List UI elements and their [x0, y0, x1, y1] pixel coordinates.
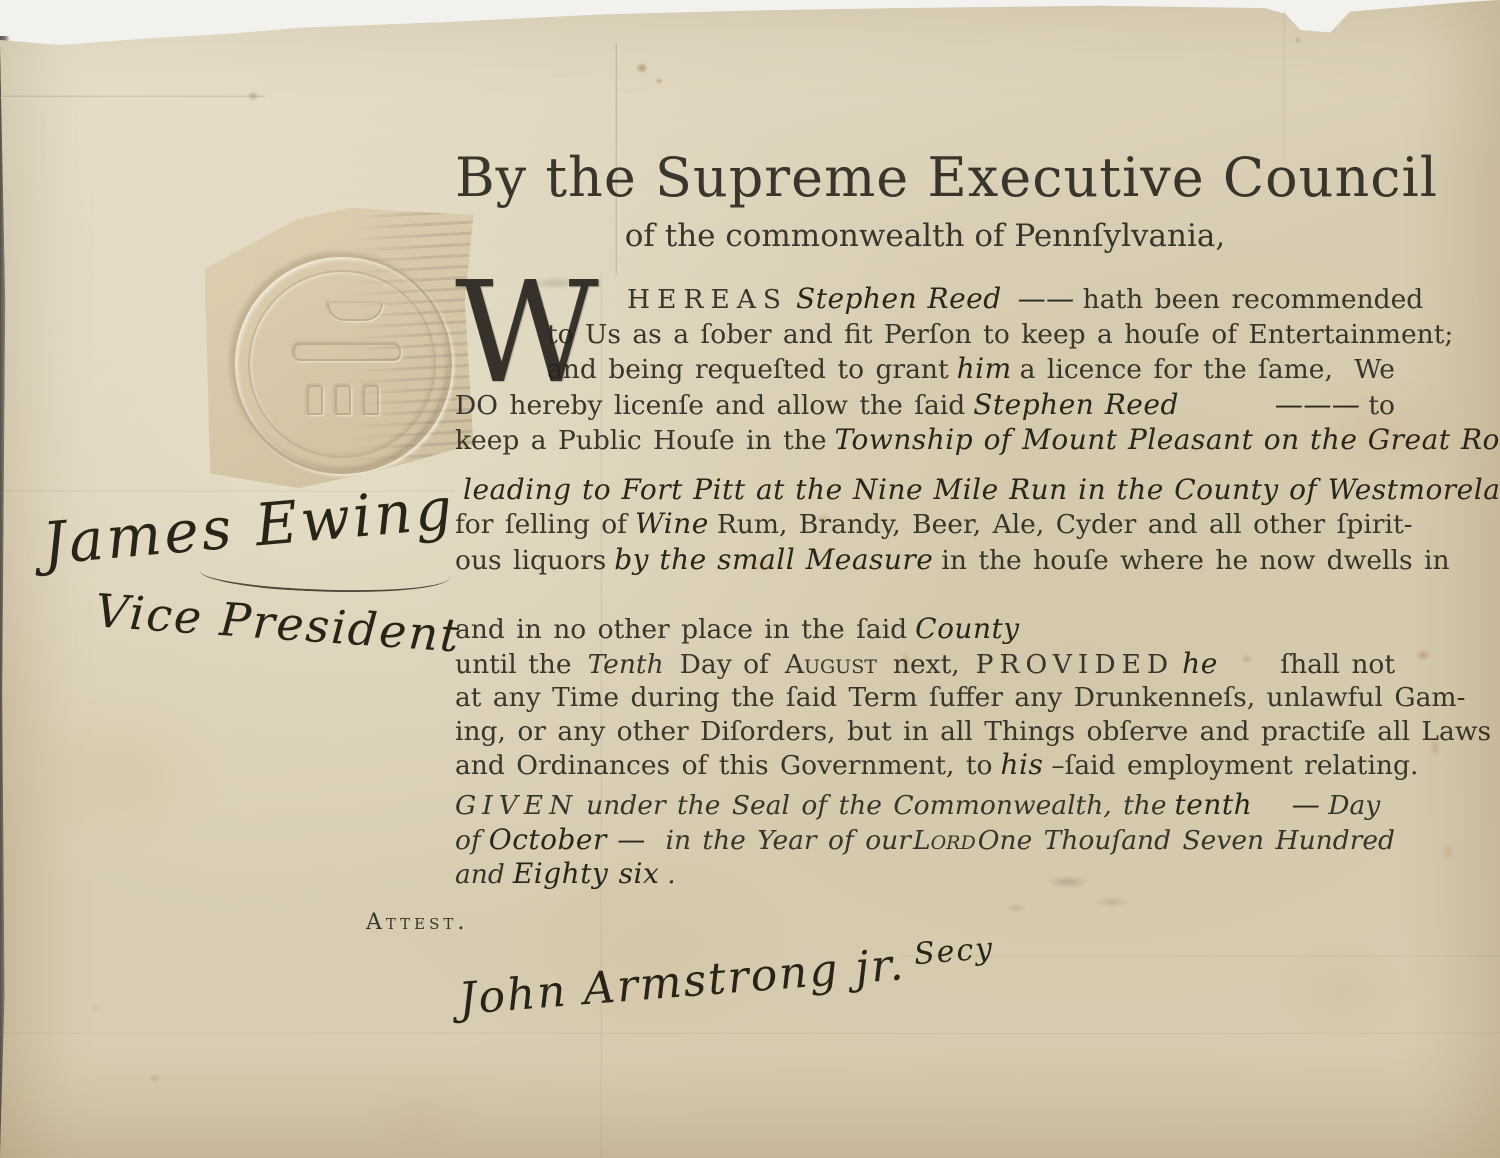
- printed-form: By the Supreme Executive Council of the …: [455, 148, 1395, 254]
- photograph-of-historical-document: { "colors": { "backdrop": "#f2f1ee", "pa…: [0, 0, 1500, 1158]
- handwritten-pronoun: his: [992, 748, 1051, 782]
- handwritten-pronoun: him: [949, 352, 1020, 387]
- seal-plough-motif: [293, 343, 401, 361]
- seal-wheat-sheaf: [335, 385, 351, 415]
- form-line: until the Tenth Day of August next, PROV…: [455, 647, 1395, 682]
- form-line: and Ordinances of this Government, to hi…: [455, 748, 1395, 783]
- form-line: ing, or any other Diſorders, but in all …: [455, 715, 1395, 749]
- handwritten-day: tenth: [1167, 788, 1261, 822]
- handwritten-location: Township of Mount Pleasant on the Great …: [827, 423, 1500, 458]
- attest-label: Attest.: [366, 910, 468, 935]
- dropcap-w: W: [455, 282, 599, 386]
- seal-wheat-sheaf: [307, 385, 323, 415]
- handwritten-wine: Wine: [627, 507, 717, 542]
- form-line: for ſelling of Wine Rum, Brandy, Beer, A…: [455, 507, 1395, 543]
- document-subtitle: of the commonwealth of Pennſylvania,: [455, 218, 1395, 254]
- seal-inner-ring: [248, 270, 436, 458]
- document-title: By the Supreme Executive Council: [455, 148, 1395, 208]
- whereas-paragraph: W HEREAS Stephen Reed —— hath been recom…: [455, 282, 1395, 578]
- handwritten-month: October —: [481, 823, 654, 857]
- handwritten-dash: ——: [1010, 282, 1083, 317]
- form-line: and Eighty six .: [455, 857, 1395, 892]
- handwritten-dash: ———: [1267, 388, 1369, 423]
- secretary-title-abbreviation: Secy: [913, 931, 996, 972]
- form-line: GIVEN under the Seal of the Commonwealth…: [455, 788, 1395, 823]
- handwritten-pronoun: he: [1174, 647, 1226, 681]
- handwritten-licensee-name: Stephen Reed: [788, 282, 1010, 317]
- seal-wheat-sheaf: [363, 385, 379, 415]
- form-line: and being requeſted to grant him a licen…: [547, 352, 1395, 388]
- form-line: and in no other place in the ſaid County: [455, 612, 1395, 647]
- form-line: ous liquors by the small Measure in the …: [455, 543, 1395, 579]
- handwritten-year: Eighty six: [505, 857, 667, 891]
- handwritten-line: leading to Fort Pitt at the Nine Mile Ru…: [455, 473, 1395, 508]
- handwritten-measure: by the small Measure: [606, 543, 941, 578]
- handwritten-licensee-name: Stephen Reed: [965, 388, 1187, 423]
- form-line: keep a Public Houſe in the Township of M…: [455, 423, 1395, 459]
- form-line: HEREAS Stephen Reed —— hath been recomme…: [627, 282, 1395, 318]
- form-line: of October — in the Year of our Lord One…: [455, 823, 1395, 858]
- form-line: at any Time during the ſaid Term ſuffer …: [455, 681, 1395, 715]
- handwritten-dash: —: [1284, 788, 1329, 822]
- conditions-paragraph: and in no other place in the ſaid County…: [455, 612, 1395, 783]
- given-paragraph: GIVEN under the Seal of the Commonwealth…: [455, 788, 1395, 892]
- handwritten-county: County: [907, 612, 1027, 646]
- handwritten-location-continued: leading to Fort Pitt at the Nine Mile Ru…: [455, 473, 1500, 508]
- form-line: to Us as a ſober and fit Perſon to keep …: [547, 318, 1395, 353]
- embossed-seal-icon: [232, 254, 452, 474]
